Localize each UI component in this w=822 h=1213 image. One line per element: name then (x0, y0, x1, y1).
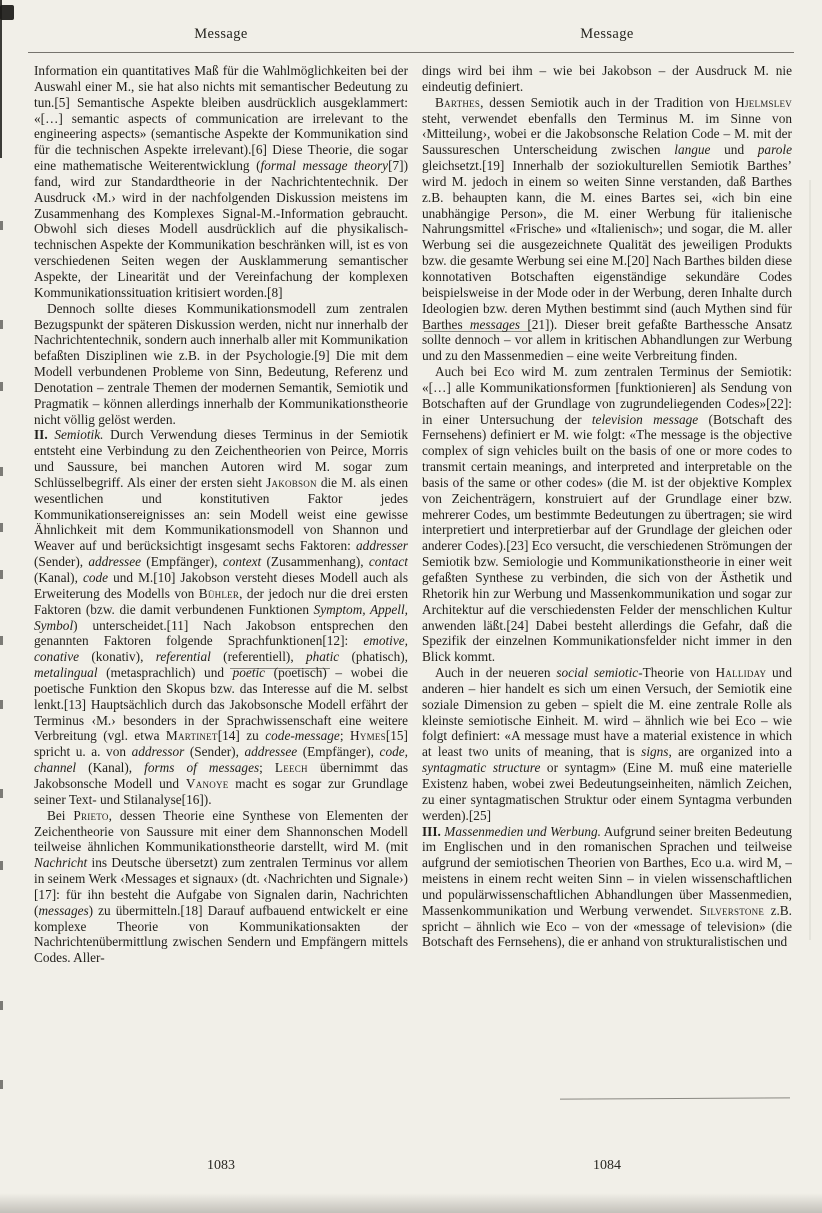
page-number-left: 1083 (34, 1158, 408, 1174)
scan-artifact (0, 861, 3, 870)
text-segment: und (710, 142, 757, 157)
paragraph: Auch bei Eco wird M. zum zentralen Termi… (422, 364, 792, 665)
text-segment: Dennoch sollte dieses Kommunikationsmode… (34, 301, 408, 427)
text-segment: -Theorie von (638, 665, 715, 680)
scan-artifact (0, 467, 3, 476)
text-segment: addressor (132, 744, 185, 759)
paragraph: Information ein quantitatives Maß für di… (34, 63, 408, 301)
text-segment: signs (641, 744, 668, 759)
scan-artifact (0, 523, 3, 532)
paragraph: Bei Prieto, dessen Theorie eine Synthese… (34, 808, 408, 966)
scan-artifact (0, 0, 2, 158)
text-segment: [7]) fand, wird zur Standardtheorie in d… (34, 158, 408, 300)
text-segment: Nachricht (34, 855, 87, 870)
pen-underline-artifact (230, 668, 330, 669)
text-segment: ) zu übermitteln.[18] Darauf aufbauend e… (34, 903, 408, 966)
paragraph: Auch in der neueren social semiotic-Theo… (422, 665, 792, 823)
text-segment: (Empfänger), (141, 554, 223, 569)
text-segment: (Botschaft des Fernsehens) definiert er … (422, 412, 792, 665)
text-segment: messages (470, 317, 520, 332)
text-segment: II. (34, 427, 54, 442)
text-segment: contact (369, 554, 408, 569)
text-segment: , are organized into a (668, 744, 792, 759)
text-segment: Silverstone (699, 903, 764, 918)
text-segment: ; (259, 760, 275, 775)
text-segment: Hymes (350, 728, 386, 743)
text-column-right: dings wird bei ihm – wie bei Jakobson – … (422, 63, 792, 1151)
text-segment: addressee (244, 744, 297, 759)
text-segment: Semiotik. (54, 427, 103, 442)
text-segment: code-message (265, 728, 340, 743)
scan-artifact (0, 789, 3, 798)
text-segment: , dessen Semiotik auch in der Tradition … (480, 95, 735, 110)
text-segment: (konativ), (79, 649, 156, 664)
text-segment: television message (592, 412, 698, 427)
text-segment: social semiotic (556, 665, 638, 680)
paragraph: Dennoch sollte dieses Kommunikationsmode… (34, 301, 408, 428)
text-segment: (Kanal), (34, 570, 83, 585)
text-segment: messages (38, 903, 88, 918)
text-segment: phatic (306, 649, 339, 664)
text-segment: Leech (275, 760, 308, 775)
running-head-left: Message (34, 26, 408, 43)
paragraph: Barthes, dessen Semiotik auch in der Tra… (422, 95, 792, 364)
text-segment: dings wird bei ihm – wie bei Jakobson – … (422, 63, 792, 94)
scan-artifact (0, 320, 3, 329)
text-segment: ) unterscheidet.[11] Nach Jakobson entsp… (34, 618, 408, 649)
paragraph: dings wird bei ihm – wie bei Jakobson – … (422, 63, 792, 95)
paragraph: II. Semiotik. Durch Verwendung dieses Te… (34, 427, 408, 807)
text-segment: Jakobson (266, 475, 317, 490)
text-segment: context (223, 554, 261, 569)
text-segment: [14] zu (218, 728, 266, 743)
scan-artifact (0, 636, 3, 645)
text-segment: langue (674, 142, 710, 157)
text-segment: gleichsetzt.[19] Innerhalb der soziokult… (422, 158, 792, 331)
text-segment: Massenmedien und Werbung. (444, 824, 601, 839)
scan-edge-shadow (0, 1193, 822, 1213)
scan-artifact (0, 700, 3, 709)
text-segment: referential (156, 649, 211, 664)
text-segment: Prieto (73, 808, 108, 823)
text-segment: Martinet (166, 728, 218, 743)
text-segment: Hjelmslev (735, 95, 792, 110)
text-segment: Bühler (199, 586, 239, 601)
pen-underline-artifact (424, 331, 532, 332)
text-segment: (metasprachlich) und (98, 665, 233, 680)
scanned-book-page: Message Message Information ein quantita… (0, 0, 822, 1213)
text-segment: syntagmatic structure (422, 760, 540, 775)
text-segment: (Kanal), (76, 760, 144, 775)
scan-artifact (0, 221, 3, 230)
scan-artifact (0, 570, 3, 579)
text-segment: code (83, 570, 108, 585)
text-segment: ; (340, 728, 350, 743)
text-segment: Bei (47, 808, 73, 823)
text-column-left: Information ein quantitatives Maß für di… (34, 63, 408, 1151)
text-segment: Information ein quantitatives Maß für di… (34, 63, 408, 173)
page-number-right: 1084 (422, 1158, 792, 1174)
text-segment: (Sender), (184, 744, 244, 759)
text-segment: addresser (356, 538, 408, 553)
text-segment: Auch in der neueren (435, 665, 556, 680)
paragraph: III. Massenmedien und Werbung. Aufgrund … (422, 824, 792, 951)
running-head-right: Message (422, 26, 792, 43)
text-segment: metalingual (34, 665, 98, 680)
text-segment: (referentiell), (211, 649, 306, 664)
scan-artifact (0, 382, 3, 391)
text-segment: (Zusammenhang), (261, 554, 369, 569)
scan-artifact (809, 180, 811, 940)
header-rule (28, 52, 794, 53)
text-segment: formal message theory (261, 158, 389, 173)
scan-artifact (0, 1080, 3, 1089)
text-segment: (phatisch), (339, 649, 408, 664)
text-segment: (Empfänger), (297, 744, 379, 759)
scan-artifact (0, 1001, 3, 1010)
scan-artifact (0, 5, 14, 20)
text-segment: Barthes (435, 95, 480, 110)
text-segment: addressee (88, 554, 141, 569)
text-segment: Halliday (715, 665, 766, 680)
text-segment: Vanoye (186, 776, 229, 791)
text-segment: parole (758, 142, 792, 157)
text-segment: forms of messages (144, 760, 259, 775)
text-segment: (Sender), (34, 554, 88, 569)
text-segment: III. (422, 824, 444, 839)
